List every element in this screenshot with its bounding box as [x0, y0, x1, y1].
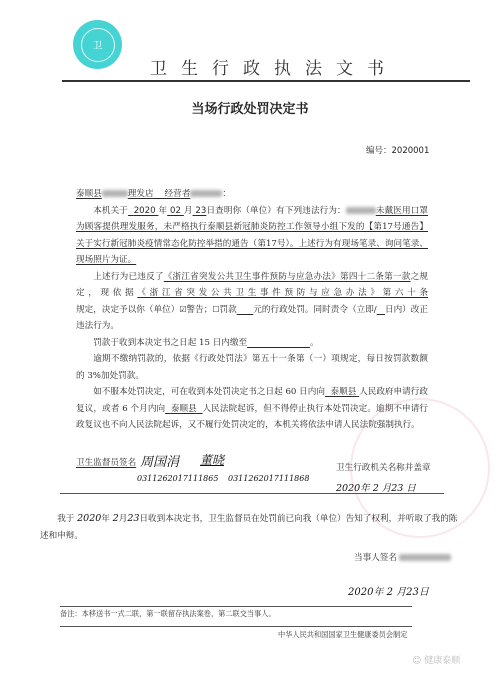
payment-account-blank[interactable]	[247, 338, 310, 348]
appeal-gov-value: 泰顺县	[330, 387, 356, 397]
finding-year: 2020	[128, 206, 158, 216]
document-title: 当场行政处罚决定书	[0, 98, 500, 117]
receipt-text-1: 我于	[40, 514, 74, 524]
header-divider	[62, 80, 470, 82]
inspector2-signature: 董晓	[200, 451, 224, 468]
month-unit: 月	[184, 206, 193, 216]
receipt-paragraph: 我于 2020年 2月23日收到本决定书，卫生监督员在处罚前已向我（单位）告知了…	[40, 510, 460, 545]
warning-label: 警告；	[187, 305, 213, 315]
agency-seal-label: 卫生行政机关名称并盖章	[336, 461, 431, 473]
document-number: 编号：2020001	[366, 144, 429, 156]
inspector1-id: 0311262017111865	[137, 474, 218, 483]
remark-note: 备注：本移送书一式二联，第一联留存执法案卷，第二联交当事人。	[60, 609, 276, 619]
day-value: 23	[195, 206, 206, 216]
remark-top-divider	[60, 606, 412, 607]
receipt-year-unit: 年	[101, 514, 110, 524]
finding-day: 23	[193, 206, 207, 216]
agency-date: 2020年 2 月23 日	[336, 480, 416, 494]
year-unit: 年	[158, 206, 167, 216]
appeal-court-value: 泰顺县	[171, 404, 197, 414]
fine-label: 罚款	[220, 305, 237, 315]
colon: ：	[222, 189, 231, 199]
fine-amount-blank[interactable]	[237, 305, 254, 315]
decision-text: 规定，决定予以你（单位）	[76, 305, 179, 315]
signature-divider	[60, 493, 444, 494]
redacted-text	[346, 207, 376, 214]
finding-intro: 本机关于	[93, 206, 128, 216]
payment-text: 罚款于收到本决定书之日起 15 日内缴至	[93, 338, 247, 348]
finding-month: 02	[167, 206, 184, 216]
payment-paragraph: 罚款于收到本决定书之日起 15 日内缴至 。	[76, 335, 428, 352]
month-value: 02	[170, 206, 181, 216]
law-basis: 《浙江省突发公共卫生事件预防与应急办法》第六十条	[137, 288, 428, 298]
day-unit: 日查明你（单位）有下列违法行为：	[206, 206, 345, 216]
overdue-paragraph: 逾期不缴纳罚款的，依据《行政处罚法》第五十一条第（一）项规定，每日按罚款数额的 …	[76, 351, 428, 384]
redacted-operator-name	[190, 190, 222, 197]
inspector-label: 卫生监督员签名	[76, 458, 136, 468]
remark-bottom-divider	[60, 626, 412, 627]
party-signature-label: 当事人签名	[354, 553, 397, 563]
series-title: 卫生行政执法文书	[150, 54, 398, 79]
operator-label: 经营者	[165, 189, 191, 199]
decision-text-2: 元的行政处罚。同时责令（立即/	[253, 305, 376, 315]
party-date: 2020年 2 月23日	[348, 583, 429, 598]
doc-number-label: 编号：	[366, 146, 392, 156]
addressee-name: 泰顺县理发店 经营者	[76, 189, 222, 199]
appeal-court: 泰顺县	[165, 404, 202, 414]
addressee-county: 泰顺县	[76, 189, 102, 199]
warning-checkbox[interactable]: ☑	[179, 305, 186, 314]
decision-paragraph: 上述行为已违反了《浙江省突发公共卫生事件预防与应急办法》第四十二条第一款之规定，…	[76, 269, 428, 335]
inspector2-id: 0311262017111868	[228, 474, 309, 483]
redacted-party-signature	[399, 554, 451, 561]
wechat-icon: ☺	[412, 656, 424, 666]
year-value: 2020	[134, 206, 156, 216]
law-violated: 《浙江省突发公共卫生事件预防与应急办法》第四十二条第一款	[164, 272, 411, 282]
days-blank[interactable]	[377, 305, 385, 315]
watermark: ☺ 健康泰顺	[412, 653, 460, 666]
inspector1-signature: 周国涓	[140, 451, 179, 470]
inspector-signature-row: 卫生监督员签名	[76, 456, 136, 468]
health-emblem-icon: 卫	[73, 20, 122, 69]
emblem-ring: 卫	[81, 28, 115, 62]
decision-intro: 上述行为已违反了	[93, 272, 164, 282]
finding-paragraph: 本机关于 2020 年 02 月 23日查明你（单位）有下列违法行为：未戴医用口…	[76, 203, 428, 269]
addressee-shop-suffix: 理发店	[128, 189, 154, 199]
party-signature-row: 当事人签名	[354, 551, 451, 563]
watermark-text: 健康泰顺	[424, 656, 460, 666]
redacted-shop-name	[102, 190, 128, 197]
document-body: 泰顺县理发店 经营者： 本机关于 2020 年 02 月 23日查明你（单位）有…	[76, 186, 428, 434]
receipt-day: 23	[127, 513, 139, 524]
issuing-authority: 中华人民共和国国家卫生健康委员会制定	[278, 630, 407, 640]
receipt-year: 2020	[77, 513, 101, 524]
fine-checkbox[interactable]: ☐	[212, 305, 219, 314]
doc-number-value: 2020001	[392, 146, 430, 156]
addressee-line: 泰顺县理发店 经营者：	[76, 186, 428, 203]
appeal-gov: 泰顺县	[325, 387, 359, 397]
appeal-text-1: 如不服本处罚决定，可在收到本处罚决定书之日起 60 日内向	[93, 387, 325, 397]
